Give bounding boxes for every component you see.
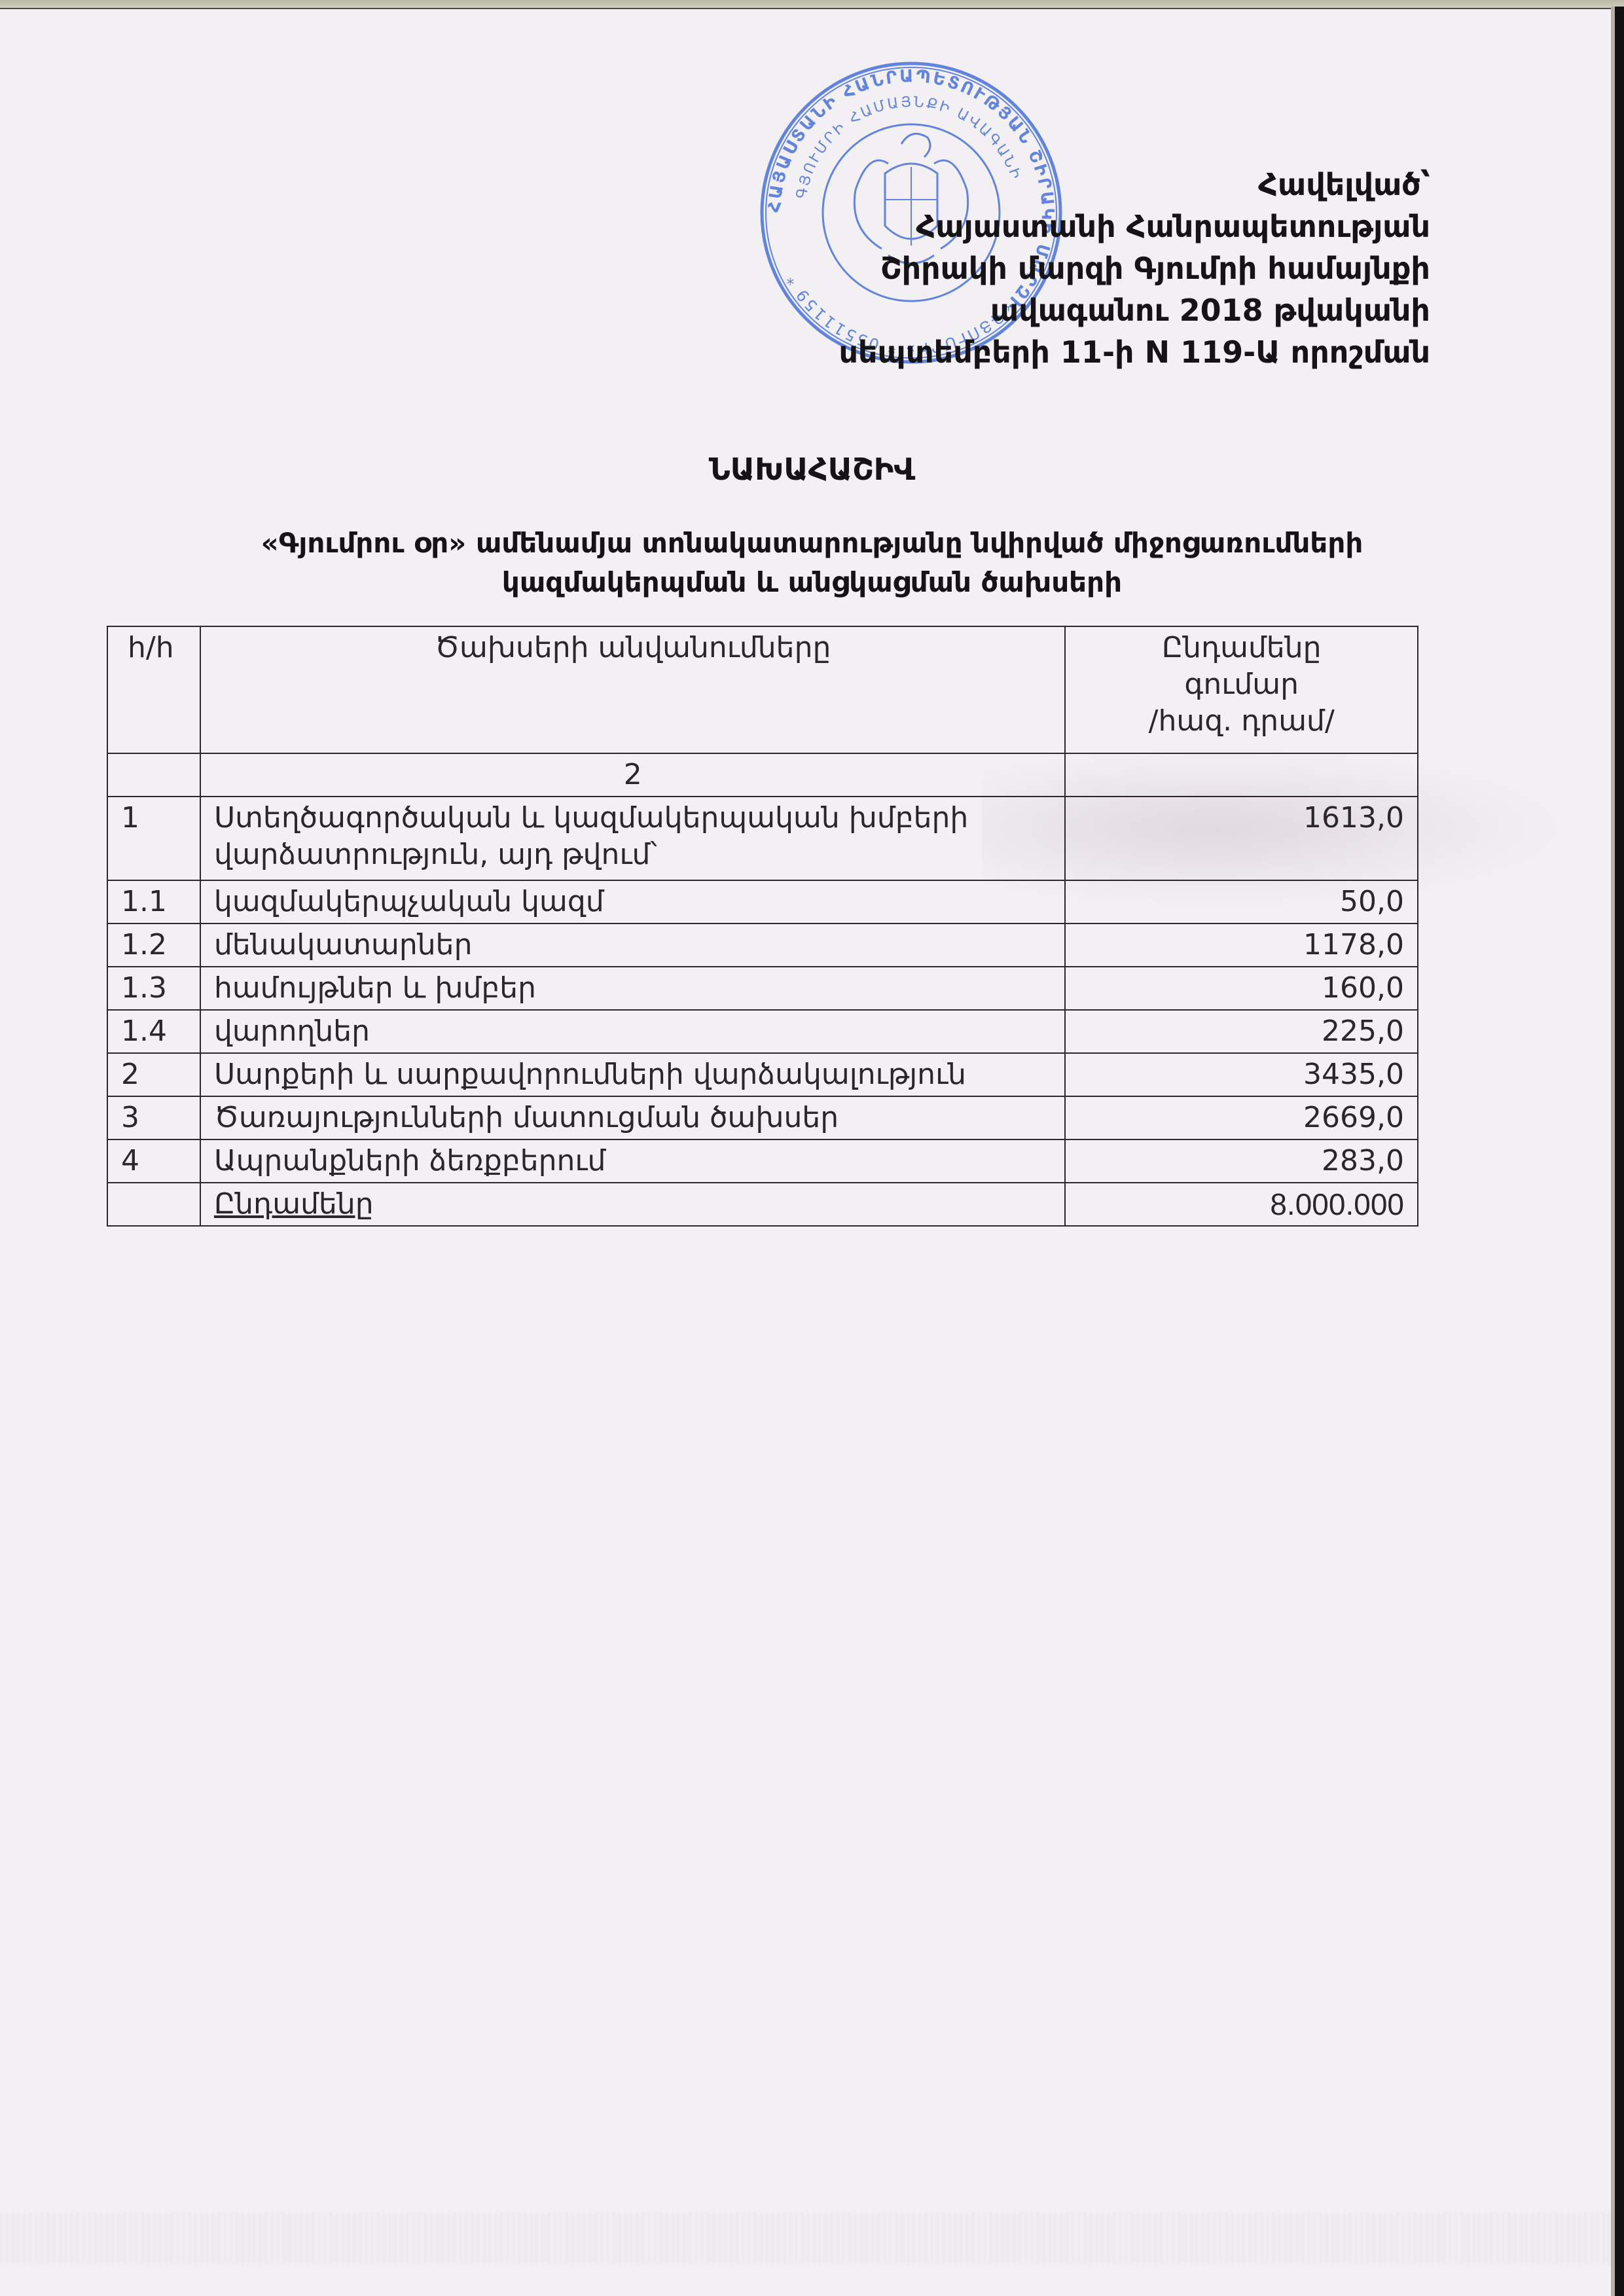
table-header-row: հ/հ Ծախսերի անվանումները Ընդամենը գումար… [107, 626, 1418, 753]
header-total-sum: Ընդամենը գումար /հազ. դրամ/ [1065, 626, 1418, 753]
document-title: ՆԱԽԱՀԱՇԻՎ [0, 452, 1624, 487]
header-expense-name: Ծախսերի անվանումները [200, 626, 1066, 753]
index-sum [1065, 753, 1418, 797]
row-number: 1.4 [107, 1010, 200, 1053]
index-name: 2 [200, 753, 1066, 797]
header-sum-line-3: /հազ. դրամ/ [1079, 703, 1404, 740]
table-row: 1Ստեղծագործական և կազմակերպական խմբերի վ… [107, 797, 1418, 880]
row-expense-name: համույթներ և խմբեր [200, 967, 1066, 1010]
table-index-row: 2 [107, 753, 1418, 797]
row-number: 2 [107, 1053, 200, 1096]
row-amount: 50,0 [1065, 880, 1418, 924]
scan-bottom-noise [0, 2212, 1611, 2265]
row-expense-name: մենակատարներ [200, 924, 1066, 967]
row-number: 1 [107, 797, 200, 880]
header-sum-line-1: Ընդամենը [1079, 630, 1404, 666]
budget-table: հ/հ Ծախսերի անվանումները Ընդամենը գումար… [107, 626, 1418, 1227]
table-row: 1.3համույթներ և խմբեր160,0 [107, 967, 1418, 1010]
table-row: 3Ծառայությունների մատուցման ծախսեր2669,0 [107, 1096, 1418, 1139]
row-number: 3 [107, 1096, 200, 1139]
row-expense-name: Ստեղծագործական և կազմակերպական խմբերի վա… [200, 797, 1066, 880]
header-number: հ/հ [107, 626, 200, 753]
row-amount: 160,0 [1065, 967, 1418, 1010]
approval-line-1: Հավելված՝ [839, 164, 1430, 206]
table-row: 1.1կազմակերպչական կազմ50,0 [107, 880, 1418, 924]
row-number: 1.2 [107, 924, 200, 967]
table-row: 4Ապրանքների ձեռքբերում283,0 [107, 1139, 1418, 1183]
table-row: 2Սարքերի և սարքավորումների վարձակալությո… [107, 1053, 1418, 1096]
index-num [107, 753, 200, 797]
approval-note: Հավելված՝ Հայաստանի Հանրապետության Շիրակ… [839, 164, 1430, 373]
approval-line-5: սեպտեմբերի 11-ի N 119-Ա որոշման [839, 331, 1430, 373]
approval-line-3: Շիրակի մարզի Գյումրի համայնքի [839, 247, 1430, 289]
table-row: 1.2մենակատարներ1178,0 [107, 924, 1418, 967]
document-subtitle: «Գյումրու օր» ամենամյա տոնակատարությանը … [0, 524, 1624, 602]
row-expense-name: Ծառայությունների մատուցման ծախսեր [200, 1096, 1066, 1139]
scan-right-border [1615, 7, 1624, 2296]
subtitle-line-1: «Գյումրու օր» ամենամյա տոնակատարությանը … [0, 524, 1624, 563]
approval-line-4: ավագանու 2018 թվականի [839, 289, 1430, 331]
row-expense-name: Սարքերի և սարքավորումների վարձակալությու… [200, 1053, 1066, 1096]
row-amount: 1613,0 [1065, 797, 1418, 880]
scan-top-edge [0, 0, 1624, 9]
row-expense-name: վարողներ [200, 1010, 1066, 1053]
row-amount: 3435,0 [1065, 1053, 1418, 1096]
subtitle-line-2: կազմակերպման և անցկացման ծախսերի [0, 563, 1624, 602]
table-row: 1.4վարողներ225,0 [107, 1010, 1418, 1053]
row-number: 1.3 [107, 967, 200, 1010]
row-amount: 2669,0 [1065, 1096, 1418, 1139]
row-expense-name: կազմակերպչական կազմ [200, 880, 1066, 924]
table-total-row: Ընդամենը8.000.000 [107, 1183, 1418, 1226]
row-number: 4 [107, 1139, 200, 1183]
row-amount: 283,0 [1065, 1139, 1418, 1183]
row-number: 1.1 [107, 880, 200, 924]
row-expense-name: Ապրանքների ձեռքբերում [200, 1139, 1066, 1183]
header-sum-line-2: գումար [1079, 666, 1404, 703]
row-amount: 1178,0 [1065, 924, 1418, 967]
total-number [107, 1183, 200, 1226]
row-amount: 225,0 [1065, 1010, 1418, 1053]
total-label: Ընդամենը [200, 1183, 1066, 1226]
total-amount: 8.000.000 [1065, 1183, 1418, 1226]
approval-line-2: Հայաստանի Հանրապետության [839, 206, 1430, 247]
